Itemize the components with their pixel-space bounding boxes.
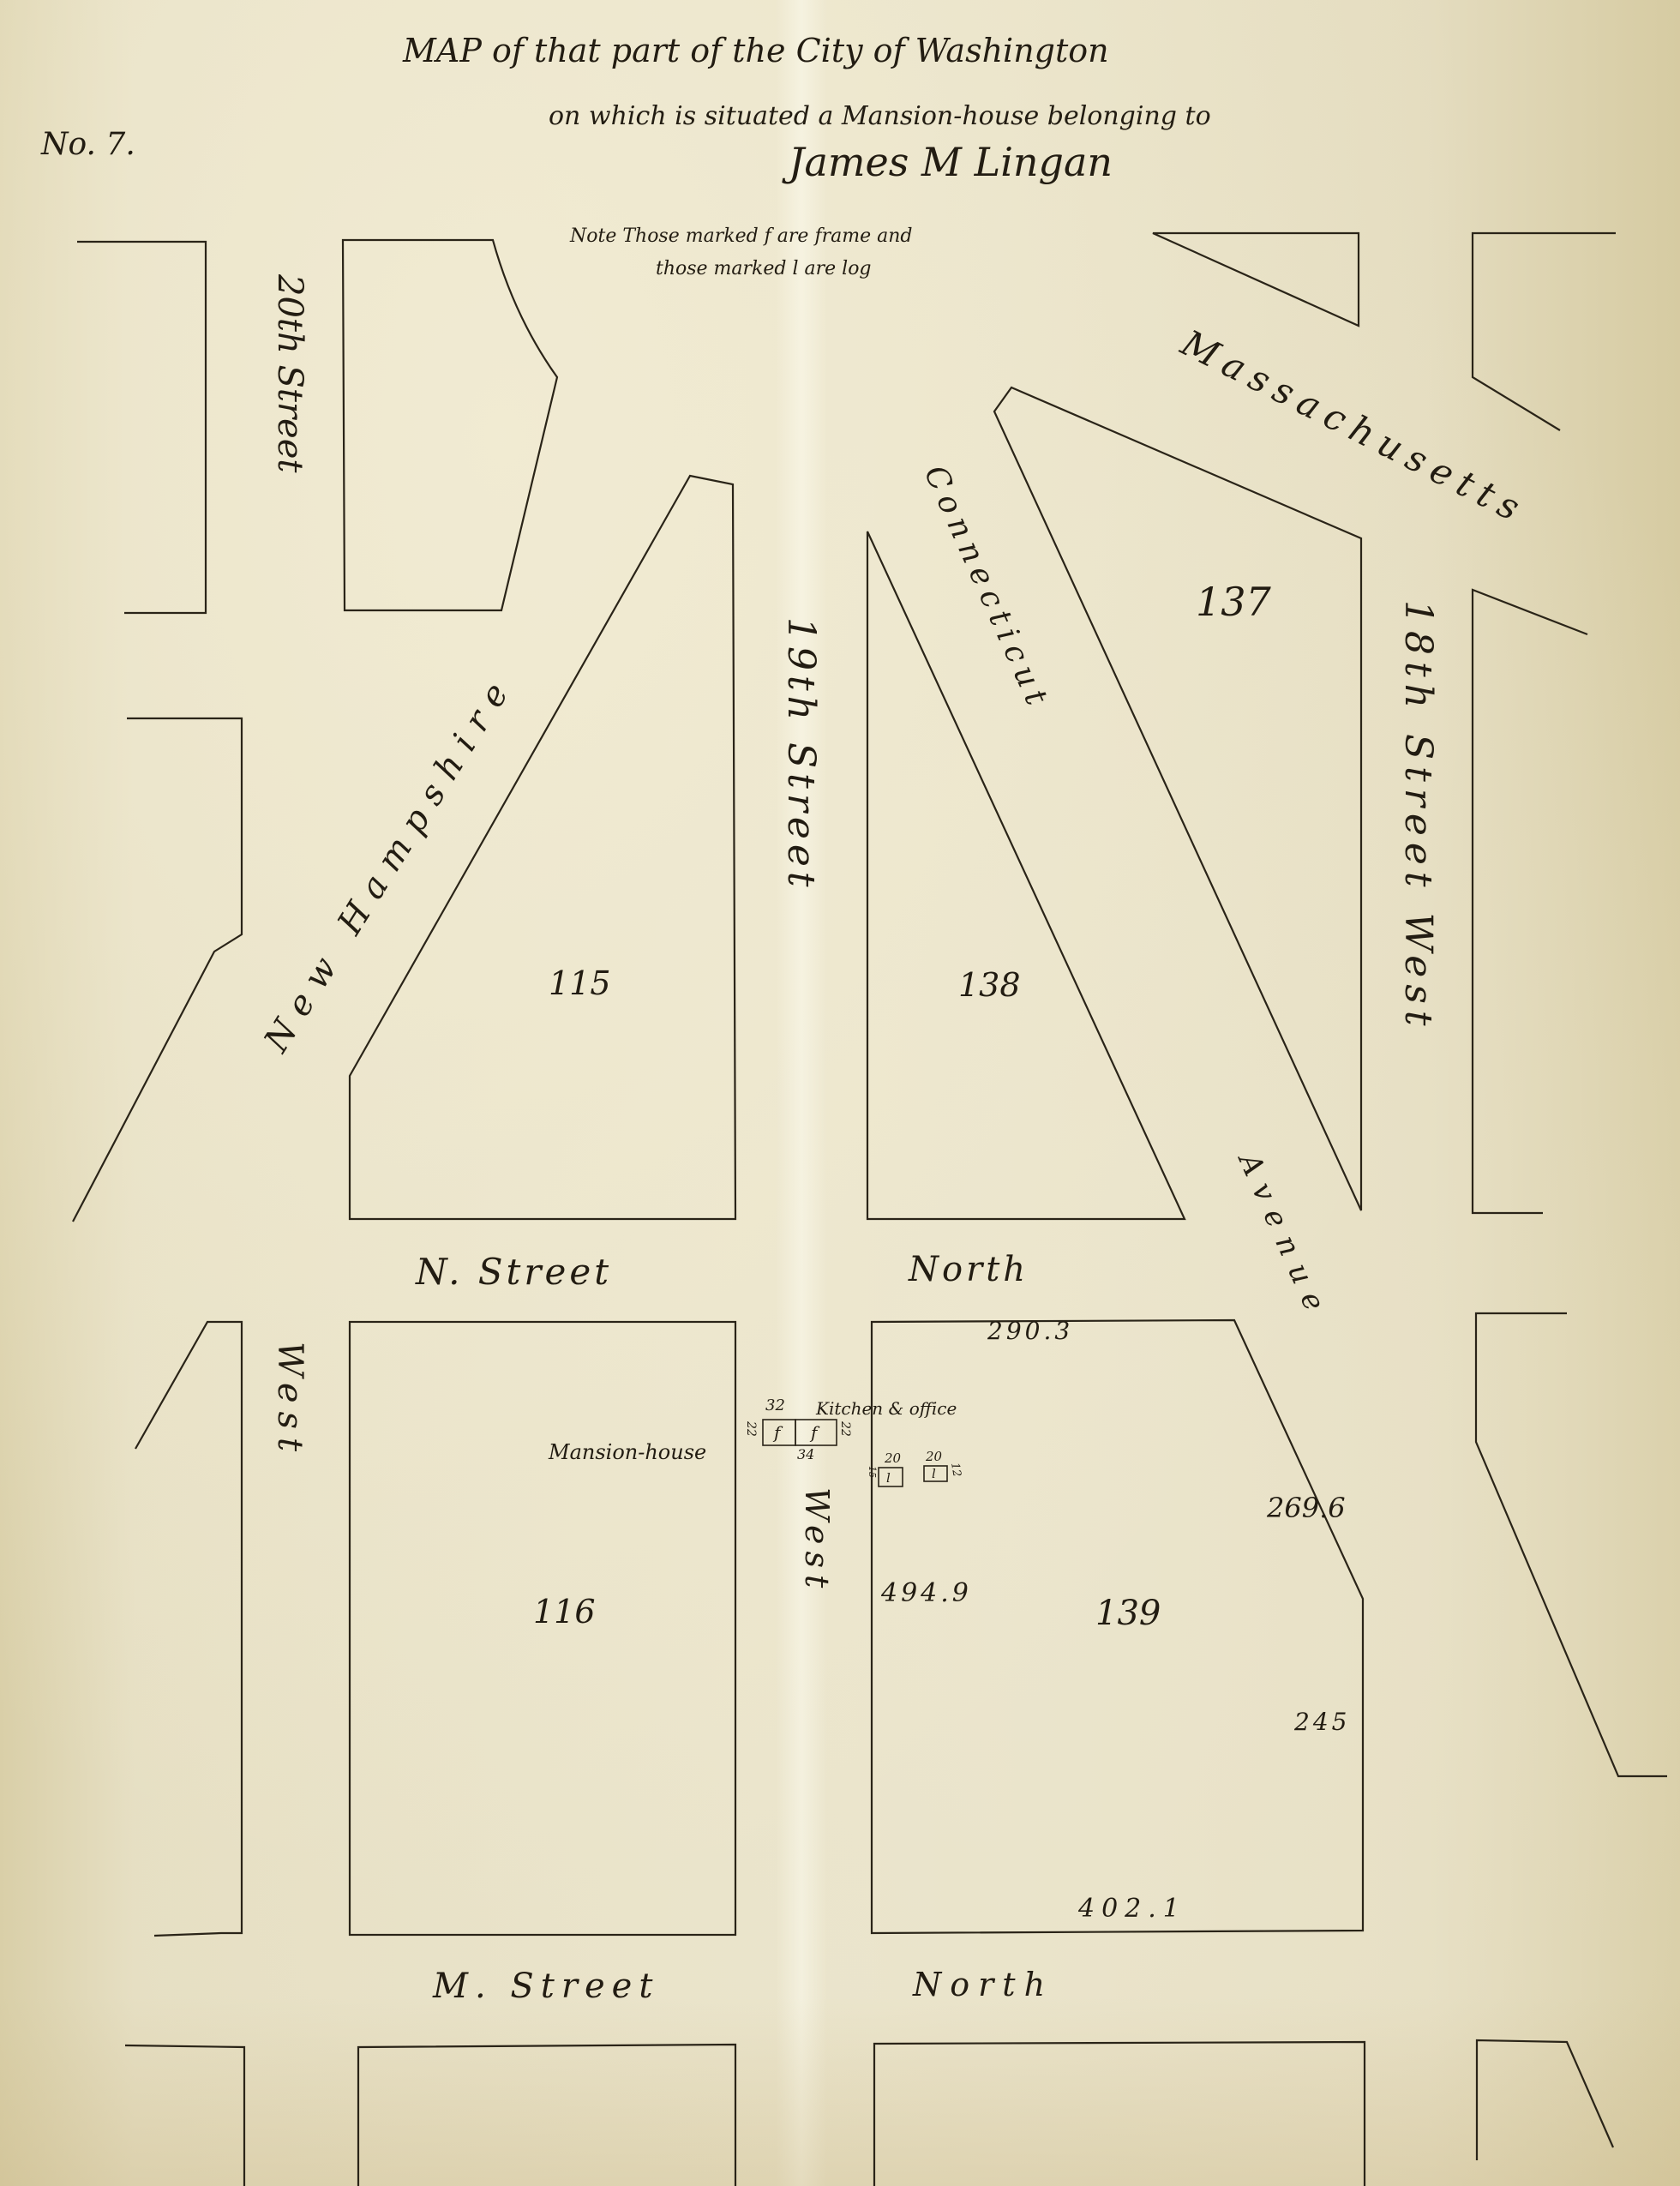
street-label-m-street: M. Street (432, 1967, 659, 2006)
dimension-north-side: 290.3 (987, 1317, 1073, 1345)
street-label-20th: 20th Street (270, 273, 309, 473)
title-line-2: on which is situated a Mansion-house bel… (549, 101, 1211, 131)
mansion-width-label: 32 (765, 1396, 785, 1414)
legend-note-line-2: those marked l are log (656, 258, 872, 279)
kitchen-office-label: Kitchen & office (815, 1398, 957, 1419)
log-building-1[interactable] (879, 1468, 903, 1486)
street-label-connecticut: Connecticut (917, 460, 1057, 717)
street-label-m-north: North (912, 1966, 1053, 2003)
square-number-137[interactable]: 137 (1196, 579, 1272, 625)
mansion-house-label: Mansion-house (548, 1440, 706, 1464)
street-label-west-left: West (270, 1342, 309, 1460)
log1-depth-label: 15 (867, 1466, 878, 1478)
block-far-left-top (77, 242, 206, 613)
legend-note-line-1: Note Those marked f are frame and (569, 225, 912, 247)
log2-width-label: 20 (925, 1449, 943, 1464)
frame-mark-1: f (772, 1422, 783, 1443)
title-line-1: MAP of that part of the City of Washingt… (402, 32, 1109, 69)
log1-width-label: 20 (884, 1450, 902, 1466)
dimension-west-side: 494.9 (880, 1578, 972, 1608)
dimension-east-side: 245 (1293, 1708, 1350, 1736)
log2-depth-label: 12 (948, 1462, 963, 1478)
block-far-left-middle (73, 718, 242, 1222)
mansion-right-depth-label: 22 (838, 1420, 852, 1437)
dimension-south-side: 402.1 (1077, 1894, 1186, 1924)
street-label-west-center: West (798, 1487, 836, 1594)
block-bottom-4 (1477, 2040, 1613, 2160)
block-outlines (73, 233, 1667, 2186)
square-number-116[interactable]: 116 (533, 1593, 596, 1630)
street-label-n-north: North (908, 1250, 1029, 1289)
street-label-avenue: Avenue (1231, 1146, 1336, 1327)
block-bottom-1 (125, 2045, 244, 2186)
street-label-new-hampshire: New Hampshire (256, 666, 523, 1060)
street-label-massachusetts: Massachusetts (1174, 321, 1534, 532)
block-bottom-3 (874, 2042, 1365, 2186)
log-mark-2: l (932, 1466, 936, 1481)
block-mass-triangle (1153, 233, 1359, 326)
block-far-left-lower (135, 1322, 242, 1936)
street-label-18th-west: 18th Street West (1396, 600, 1440, 1033)
map-drawing: No. 7. MAP of that part of the City of W… (0, 0, 1680, 2186)
square-137-outline (994, 387, 1361, 1210)
street-label-19th: 19th Street (779, 617, 823, 892)
log-mark-1: l (886, 1470, 891, 1486)
dimension-diagonal-side: 269.6 (1266, 1492, 1346, 1524)
square-number-138[interactable]: 138 (958, 966, 1021, 1004)
title-owner-name: James M Lingan (782, 139, 1113, 185)
frame-mark-2: f (809, 1422, 820, 1443)
mansion-left-depth-label: 22 (744, 1420, 758, 1437)
square-number-139[interactable]: 139 (1095, 1594, 1161, 1633)
block-bottom-2 (358, 2045, 735, 2186)
mansion-bottom-label: 34 (797, 1446, 814, 1462)
block-20th-east-top (343, 240, 557, 610)
sheet-number: No. 7. (40, 127, 135, 162)
buildings (763, 1420, 947, 1486)
block-far-right-lower (1476, 1313, 1667, 1776)
square-number-115[interactable]: 115 (549, 964, 611, 1002)
block-far-right-top (1473, 233, 1616, 430)
street-label-n-street: N. Street (415, 1251, 612, 1293)
block-far-right-middle (1473, 590, 1587, 1213)
